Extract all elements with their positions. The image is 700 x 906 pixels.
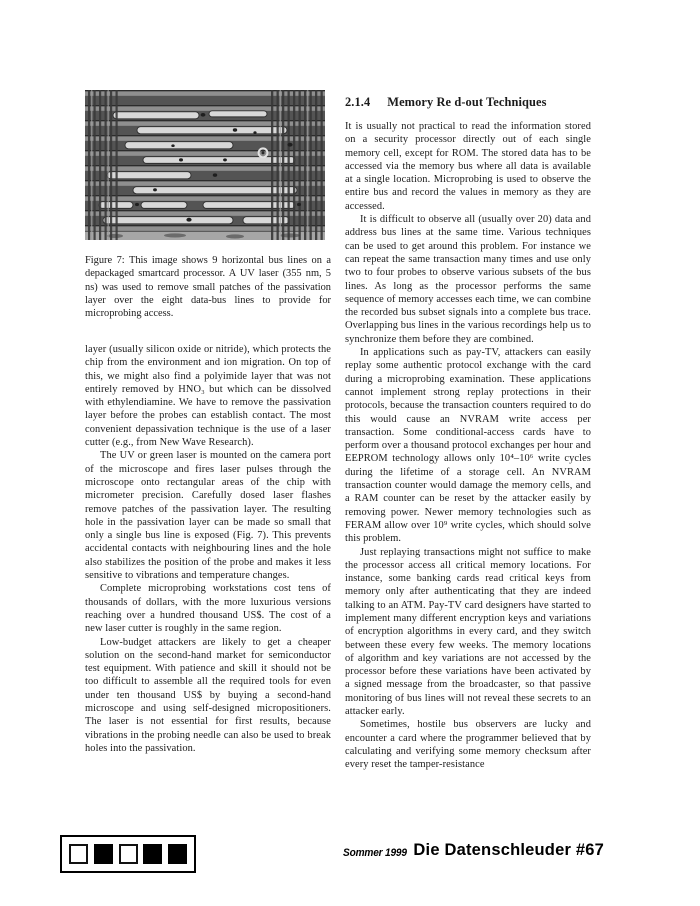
micrograph-image	[85, 90, 325, 240]
footer-issue-season: Sommer 1999	[343, 847, 407, 859]
document-page: Figure 7: This image shows 9 horizontal …	[0, 0, 700, 906]
section-title: Memory Re d-out Techniques	[387, 95, 546, 109]
paragraph: layer (usually silicon oxide or nitride)…	[85, 343, 331, 449]
paragraph: Sometimes, hostile bus observers are luc…	[345, 718, 591, 771]
section-number: 2.1.4	[345, 95, 370, 109]
footer-mark-filled-square	[168, 844, 187, 864]
paragraph: Low-budget attackers are likely to get a…	[85, 636, 331, 756]
paragraph: The UV or green laser is mounted on the …	[85, 449, 331, 582]
section-heading: 2.1.4Memory Re d-out Techniques	[345, 95, 591, 109]
paragraph: Complete microprobing workstations cost …	[85, 582, 331, 635]
footer-mark-filled-square	[143, 844, 162, 864]
paragraph: In applications such as pay-TV, attacker…	[345, 346, 591, 545]
figure-7-caption: Figure 7: This image shows 9 horizontal …	[85, 254, 331, 320]
footer-journal-title: Die Datenschleuder #67	[413, 841, 604, 860]
right-column: 2.1.4Memory Re d-out Techniques It is us…	[345, 95, 591, 772]
footer-registration-marks	[60, 835, 196, 873]
paragraph: Just replaying transactions might not su…	[345, 546, 591, 719]
figure-7-bus-lines-photo	[85, 90, 325, 240]
paragraph: It is usually not practical to read the …	[345, 120, 591, 213]
left-column: layer (usually silicon oxide or nitride)…	[85, 343, 331, 755]
footer-mark-filled-square	[94, 844, 113, 864]
paragraph: It is difficult to observe all (usually …	[345, 213, 591, 346]
footer-mark-outline-square	[119, 844, 138, 864]
footer-mark-outline-square	[69, 844, 88, 864]
